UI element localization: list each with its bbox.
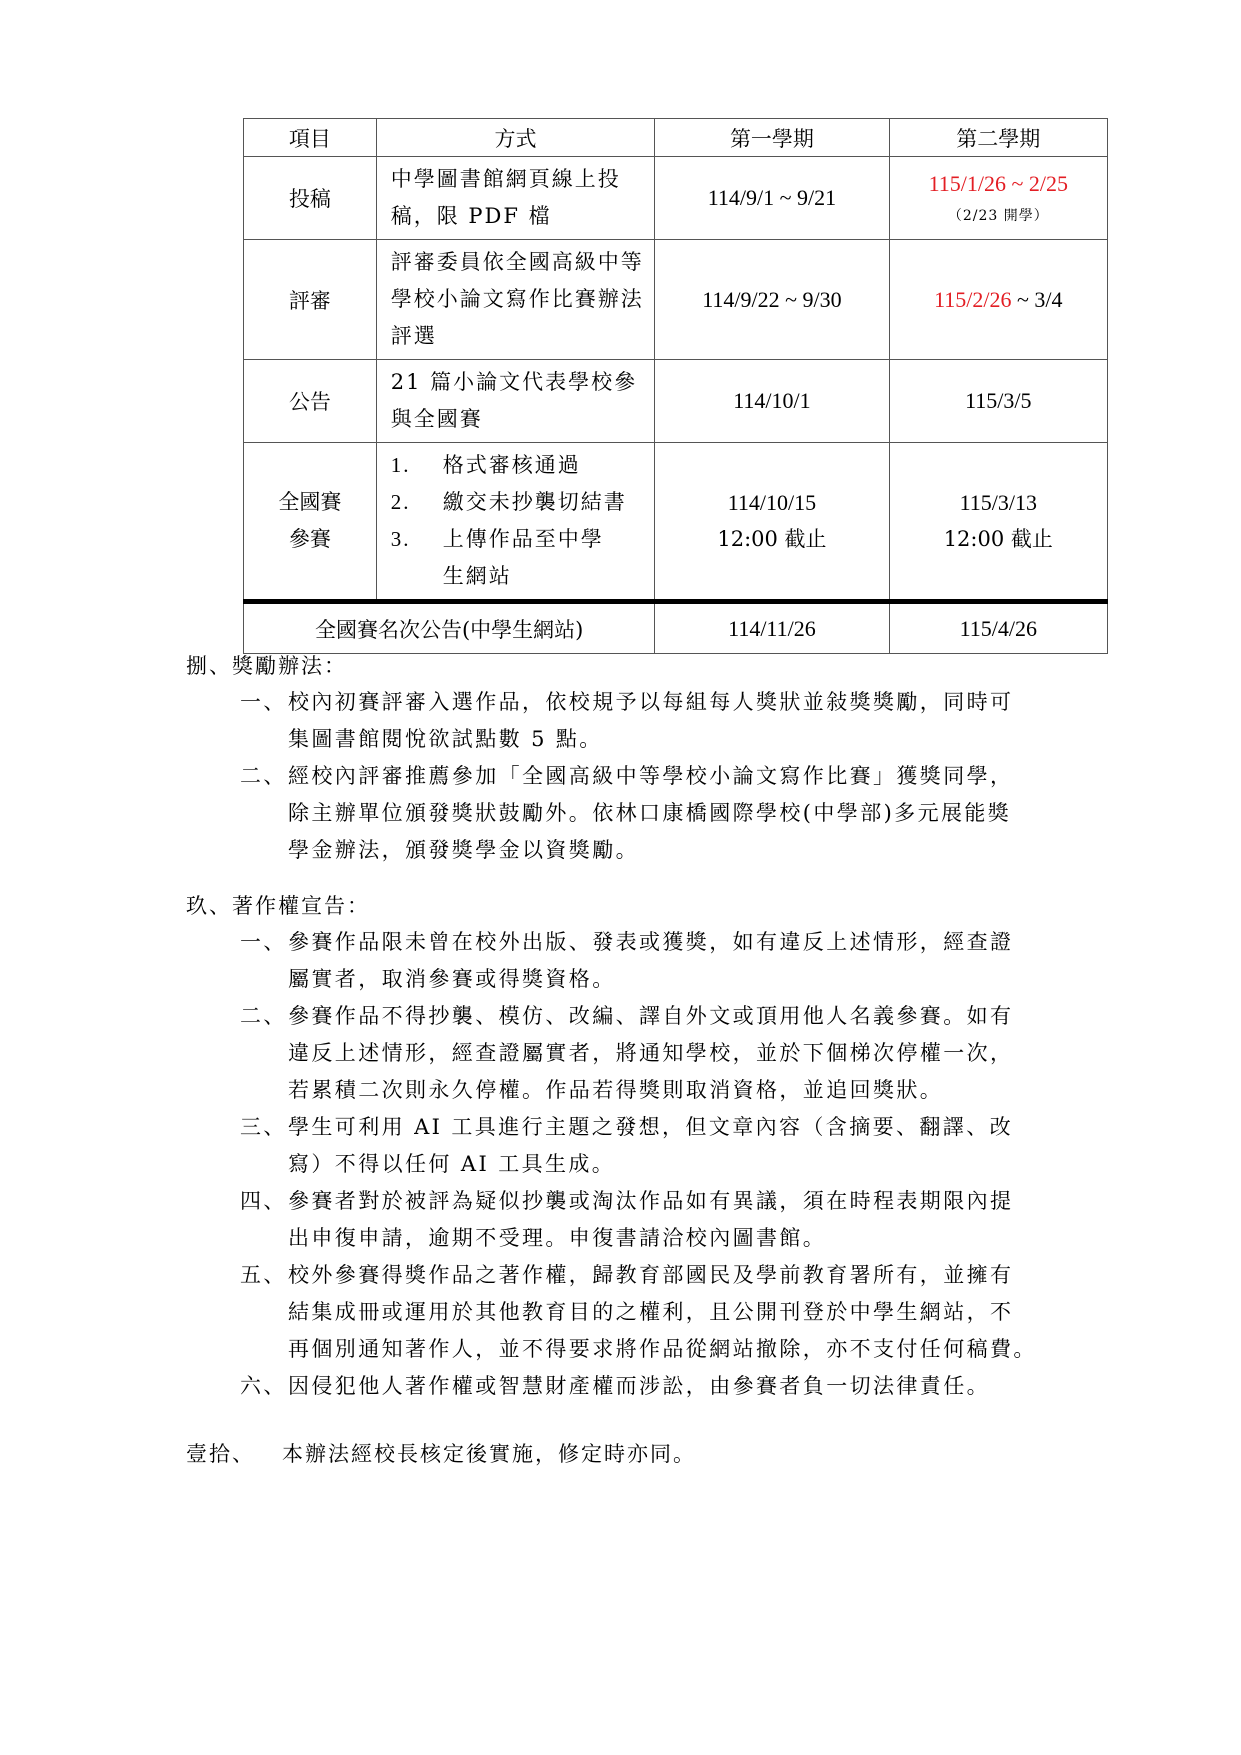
table-header-row: 項目 方式 第一學期 第二學期 [244, 119, 1108, 157]
copyright-item: 六、因侵犯他人著作權或智慧財產權而涉訟，由參賽者負一切法律責任。 [240, 1368, 1050, 1405]
section-heading-copyright: 玖、著作權宣告： [186, 890, 370, 920]
row-item: 全國賽 參賽 [244, 443, 377, 602]
schedule-table: 項目 方式 第一學期 第二學期 投稿 中學圖書館網頁線上投稿，限 PDF 檔 1… [243, 118, 1108, 654]
table-row: 公告 21 篇小論文代表學校參與全國賽 114/10/1 115/3/5 [244, 360, 1108, 443]
method-list-item: 3.上傳作品至中學生網站 [391, 521, 647, 595]
row-item-line1: 全國賽 [244, 484, 376, 521]
item-number: 二、 [240, 758, 288, 795]
row-method: 21 篇小論文代表學校參與全國賽 [376, 360, 655, 443]
row-item: 評審 [244, 240, 377, 360]
row-sem2: 115/3/13 12:00 截止 [889, 443, 1107, 602]
table-row: 評審 評審委員依全國高級中等學校小論文寫作比賽辦法評選 114/9/22 ~ 9… [244, 240, 1108, 360]
row-sem2: 115/1/26 ~ 2/25 （2/23 開學） [889, 157, 1107, 240]
header-semester2: 第二學期 [889, 119, 1107, 157]
method-list-item: 1.格式審核通過 [391, 447, 647, 484]
table-row: 全國賽 參賽 1.格式審核通過 2.繳交未抄襲切結書 3.上傳作品至中學生網站 … [244, 443, 1108, 602]
rewards-item: 一、校內初賽評審入選作品，依校規予以每組每人獎狀並敍獎獎勵，同時可 集圖書館閱悅… [240, 684, 1050, 758]
row-method: 中學圖書館網頁線上投稿，限 PDF 檔 [376, 157, 655, 240]
sem2-date: 115/3/13 [890, 484, 1107, 521]
sem1-deadline: 12:00 截止 [655, 521, 888, 558]
row-sem2: 115/3/5 [889, 360, 1107, 443]
method-list: 1.格式審核通過 2.繳交未抄襲切結書 3.上傳作品至中學生網站 [391, 447, 647, 595]
sem2-deadline: 12:00 截止 [890, 521, 1107, 558]
rewards-item: 二、經校內評審推薦參加「全國高級中等學校小論文寫作比賽」獲獎同學， 除主辦單位頒… [240, 758, 1050, 869]
section-heading-final: 壹拾、 [186, 1438, 282, 1468]
row-item: 公告 [244, 360, 377, 443]
sem2-date-red: 115/2/26 [934, 287, 1011, 312]
row-sem1: 114/9/22 ~ 9/30 [655, 240, 889, 360]
row-method: 評審委員依全國高級中等學校小論文寫作比賽辦法評選 [376, 240, 655, 360]
row-sem1: 114/10/1 [655, 360, 889, 443]
section-heading-rewards: 捌、獎勵辦法： [186, 650, 347, 680]
header-method: 方式 [376, 119, 655, 157]
row-sem1: 114/9/1 ~ 9/21 [655, 157, 889, 240]
section-final-clause: 壹拾、本辦法經校長核定後實施，修定時亦同。 [186, 1438, 696, 1468]
table-row: 投稿 中學圖書館網頁線上投稿，限 PDF 檔 114/9/1 ~ 9/21 11… [244, 157, 1108, 240]
row-sem2: 115/4/26 [889, 602, 1107, 654]
copyright-item: 一、參賽作品限未曾在校外出版、發表或獲獎，如有違反上述情形，經查證 屬實者，取消… [240, 924, 1050, 998]
row-item: 全國賽名次公告(中學生網站) [244, 602, 655, 654]
document-page: 項目 方式 第一學期 第二學期 投稿 中學圖書館網頁線上投稿，限 PDF 檔 1… [0, 0, 1241, 1755]
item-number: 一、 [240, 924, 288, 961]
sem2-date-red: 115/1/26 ~ 2/25 [929, 171, 1068, 196]
row-sem2: 115/2/26 ~ 3/4 [889, 240, 1107, 360]
header-semester1: 第一學期 [655, 119, 889, 157]
row-item: 投稿 [244, 157, 377, 240]
copyright-item: 三、學生可利用 AI 工具進行主題之發想，但文章內容（含摘要、翻譯、改 寫）不得… [240, 1109, 1050, 1183]
row-sem1: 114/11/26 [655, 602, 889, 654]
item-number: 三、 [240, 1109, 288, 1146]
item-number: 二、 [240, 998, 288, 1035]
final-clause-text: 本辦法經校長核定後實施，修定時亦同。 [282, 1442, 696, 1466]
item-number: 四、 [240, 1183, 288, 1220]
header-item: 項目 [244, 119, 377, 157]
copyright-item: 四、參賽者對於被評為疑似抄襲或淘汰作品如有異議，須在時程表期限內提 出申復申請，… [240, 1183, 1050, 1257]
item-number: 一、 [240, 684, 288, 721]
sem2-date-rest: ~ 3/4 [1012, 287, 1063, 312]
sem1-date: 114/10/15 [655, 484, 888, 521]
row-item-line2: 參賽 [244, 521, 376, 558]
copyright-item: 五、校外參賽得獎作品之著作權，歸教育部國民及學前教育署所有，並擁有 結集成冊或運… [240, 1257, 1050, 1368]
item-number: 六、 [240, 1368, 288, 1405]
copyright-item: 二、參賽作品不得抄襲、模仿、改編、譯自外文或頂用他人名義參賽。如有 違反上述情形… [240, 998, 1050, 1109]
row-sem1: 114/10/15 12:00 截止 [655, 443, 889, 602]
item-number: 五、 [240, 1257, 288, 1294]
table-row-final-announcement: 全國賽名次公告(中學生網站) 114/11/26 115/4/26 [244, 602, 1108, 654]
row-method: 1.格式審核通過 2.繳交未抄襲切結書 3.上傳作品至中學生網站 [376, 443, 655, 602]
method-list-item: 2.繳交未抄襲切結書 [391, 484, 647, 521]
sem2-note: （2/23 開學） [890, 205, 1107, 225]
